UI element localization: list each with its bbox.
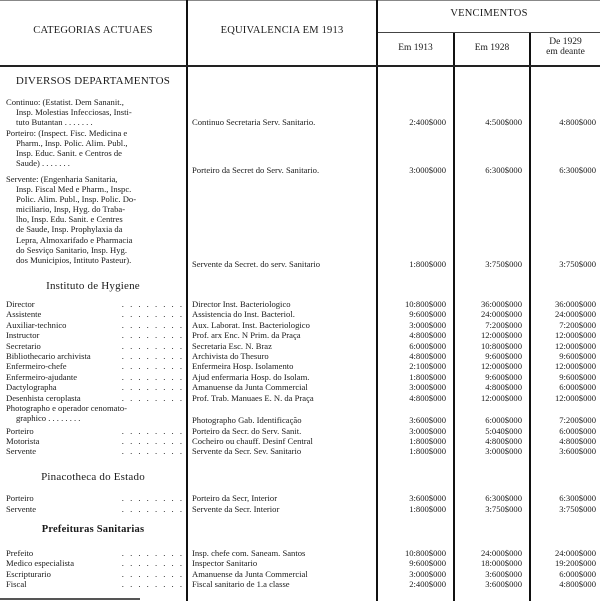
venc-1913: 1:800$000	[380, 436, 446, 446]
categoria-label: Enfermeiro-ajudante	[6, 372, 77, 382]
venc-1913: 2:400$000	[380, 117, 446, 127]
leader-dots: . . . . . . . .	[122, 436, 184, 446]
header-vencimentos: VENCIMENTOS	[378, 8, 600, 19]
categoria-label: Escripturario	[6, 569, 51, 579]
venc-1929: 6:300$000	[532, 493, 596, 503]
equivalencia-item: Fiscal sanitario de 1.a classe	[192, 579, 374, 589]
categoria-label: Assistente	[6, 309, 41, 319]
venc-1913: 1:800$000	[380, 504, 446, 514]
categoria-label: Secretario	[6, 341, 41, 351]
column-divider-3	[453, 32, 455, 601]
equivalencia-item: Photographo Gab. Identificação	[192, 415, 374, 425]
categoria-item: Bibliothecario archivista. . . . . . . .	[6, 351, 184, 361]
section-title-diversos: DIVERSOS DEPARTAMENTOS	[0, 75, 186, 87]
equivalencia-item: Porteiro da Secr, Interior	[192, 493, 374, 503]
leader-dots: . . . . . . . .	[122, 299, 184, 309]
leader-dots: . . . . . . . .	[122, 330, 184, 340]
venc-1928: 18:000$000	[456, 558, 522, 568]
categoria-label: Medico especialista	[6, 558, 74, 568]
venc-1929: 9:600$000	[532, 351, 596, 361]
categoria-label: Dactylographa	[6, 382, 57, 392]
equivalencia-item: Amanuense da Junta Commercial	[192, 569, 374, 579]
venc-1928: 12:000$000	[456, 393, 522, 403]
categoria-item: Photographo e operador cenomato-graphico…	[6, 403, 184, 423]
venc-1913: 4:800$000	[380, 330, 446, 340]
section-title-prefeituras: Prefeituras Sanitarias	[0, 524, 186, 535]
equivalencia-item: Servente da Secr. Sev. Sanitario	[192, 446, 374, 456]
categoria-item: Dactylographa. . . . . . . .	[6, 382, 184, 392]
venc-1929: 3:750$000	[532, 504, 596, 514]
categoria-line: graphico . . . . . . . .	[6, 413, 184, 423]
venc-1913: 3:600$000	[380, 493, 446, 503]
leader-dots: . . . . . . . .	[122, 361, 184, 371]
top-rule	[0, 0, 600, 1]
categoria-item: Secretario. . . . . . . .	[6, 341, 184, 351]
categoria-label: Enfermeiro-chefe	[6, 361, 67, 371]
venc-1928: 7:200$000	[456, 320, 522, 330]
equivalencia-item: Archivista do Thesuro	[192, 351, 374, 361]
venc-1929: 3:750$000	[532, 259, 596, 269]
categoria-item: Assistente. . . . . . . .	[6, 309, 184, 319]
venc-1928: 5:040$000	[456, 426, 522, 436]
venc-1929: 3:600$000	[532, 446, 596, 456]
venc-1929: 19:200$000	[532, 558, 596, 568]
venc-1913: 2:400$000	[380, 579, 446, 589]
equivalencia-item: Assistencia do Inst. Bacteriol.	[192, 309, 374, 319]
venc-1929: 4:800$000	[532, 579, 596, 589]
equivalencia-item: Porteiro da Secr. do Serv. Sanit.	[192, 426, 374, 436]
categoria-item: Enfermeiro-chefe. . . . . . . .	[6, 361, 184, 371]
column-divider-2	[376, 0, 378, 601]
venc-1928: 24:000$000	[456, 309, 522, 319]
venc-1929: 6:000$000	[532, 426, 596, 436]
equivalencia-item: Amanuense da Junta Commercial	[192, 382, 374, 392]
equivalencia-item: Secretaria Esc. N. Braz	[192, 341, 374, 351]
categoria-item: Auxiliar-technico. . . . . . . .	[6, 320, 184, 330]
equivalencia-item: Director Inst. Bacteriologico	[192, 299, 374, 309]
leader-dots: . . . . . . . .	[122, 446, 184, 456]
categoria-item: Medico especialista. . . . . . . .	[6, 558, 184, 568]
section-title-pinacotheca: Pinacotheca do Estado	[0, 471, 186, 483]
header-bottom-rule	[0, 65, 600, 67]
categoria-label: Servente	[6, 446, 36, 456]
equivalencia-item: Inspector Sanitario	[192, 558, 374, 568]
leader-dots: . . . . . . . .	[122, 548, 184, 558]
venc-1928: 12:000$000	[456, 330, 522, 340]
venc-1913: 3:000$000	[380, 426, 446, 436]
equivalencia-porteiro-diversos: Porteiro da Secret do Serv. Sanitario.	[192, 165, 374, 175]
categoria-item: Escripturario. . . . . . . .	[6, 569, 184, 579]
categoria-item: Fiscal. . . . . . . .	[6, 579, 184, 589]
equivalencia-item: Insp. chefe com. Saneam. Santos	[192, 548, 374, 558]
venc-1929: 7:200$000	[532, 320, 596, 330]
venc-1913: 3:600$000	[380, 415, 446, 425]
header-equivalencia: EQUIVALENCIA EM 1913	[188, 25, 376, 36]
categoria-label: Prefeito	[6, 548, 33, 558]
categoria-label: Porteiro	[6, 426, 34, 436]
leader-dots: . . . . . . . .	[122, 558, 184, 568]
leader-dots: . . . . . . . .	[122, 393, 184, 403]
venc-1929: 4:800$000	[532, 436, 596, 446]
leader-dots: . . . . . . . .	[122, 504, 184, 514]
leader-dots: . . . . . . . .	[122, 493, 184, 503]
bottom-rule	[0, 598, 140, 600]
equivalencia-servente-diversos: Servente da Secret. do serv. Sanitario	[192, 259, 374, 269]
leader-dots: . . . . . . . .	[122, 426, 184, 436]
venc-1929: 6:300$000	[532, 165, 596, 175]
leader-dots: . . . . . . . .	[122, 320, 184, 330]
venc-1928: 3:600$000	[456, 579, 522, 589]
venc-1913: 2:100$000	[380, 361, 446, 371]
venc-1913: 3:000$000	[380, 165, 446, 175]
column-divider-4	[529, 32, 531, 601]
venc-1929: 12:000$000	[532, 341, 596, 351]
venc-1928: 3:000$000	[456, 446, 522, 456]
venc-1928: 12:000$000	[456, 361, 522, 371]
venc-1928: 6:300$000	[456, 165, 522, 175]
categoria-line: Photographo e operador cenomato-	[6, 403, 184, 413]
equivalencia-continuo: Continuo Secretaria Serv. Sanitario.	[192, 117, 374, 127]
categoria-servente-diversos: Servente: (Engenharia Sanitaria, Insp. F…	[6, 174, 184, 265]
venc-1913: 9:600$000	[380, 309, 446, 319]
categoria-label: Director	[6, 299, 35, 309]
venc-1928: 9:600$000	[456, 351, 522, 361]
venc-1913: 9:600$000	[380, 558, 446, 568]
categoria-label: Motorista	[6, 436, 39, 446]
venc-1929: 12:000$000	[532, 393, 596, 403]
equivalencia-item: Prof. arx Enc. N Prim. da Praça	[192, 330, 374, 340]
categoria-label: Desenhista ceroplasta	[6, 393, 81, 403]
venc-1928: 4:500$000	[456, 117, 522, 127]
venc-1929: 4:800$000	[532, 117, 596, 127]
leader-dots: . . . . . . . .	[122, 372, 184, 382]
categoria-item: Director. . . . . . . .	[6, 299, 184, 309]
categoria-item: Instructor. . . . . . . .	[6, 330, 184, 340]
venc-1928: 3:600$000	[456, 569, 522, 579]
venc-1928: 36:000$000	[456, 299, 522, 309]
equivalencia-item: Cocheiro ou chauff. Desinf Central	[192, 436, 374, 446]
venc-1928: 10:800$000	[456, 341, 522, 351]
venc-1913: 1:800$000	[380, 446, 446, 456]
categoria-item: Prefeito. . . . . . . .	[6, 548, 184, 558]
venc-1913: 10:800$000	[380, 299, 446, 309]
leader-dots: . . . . . . . .	[122, 341, 184, 351]
leader-dots: . . . . . . . .	[122, 309, 184, 319]
column-divider-1	[186, 0, 188, 601]
categoria-label: Fiscal	[6, 579, 27, 589]
categoria-label: Auxiliar-technico	[6, 320, 66, 330]
venc-1928: 24:000$000	[456, 548, 522, 558]
section-title-instituto-hygiene: Instituto de Hygiene	[0, 280, 186, 292]
equivalencia-item: Aux. Laborat. Inst. Bacteriologico	[192, 320, 374, 330]
header-em1913: Em 1913	[378, 43, 453, 53]
venc-1928: 3:750$000	[456, 259, 522, 269]
vencimentos-underline	[378, 32, 600, 33]
venc-1928: 4:800$000	[456, 382, 522, 392]
venc-1929: 7:200$000	[532, 415, 596, 425]
venc-1929: 36:000$000	[532, 299, 596, 309]
venc-1913: 10:800$000	[380, 548, 446, 558]
venc-1913: 6:000$000	[380, 341, 446, 351]
categoria-porteiro-diversos: Porteiro: (Inspect. Fisc. Medicina e Pha…	[6, 128, 184, 168]
header-de1929: De 1929 em deante	[531, 37, 600, 57]
venc-1913: 3:000$000	[380, 382, 446, 392]
salary-table-page: CATEGORIAS ACTUAES EQUIVALENCIA EM 1913 …	[0, 0, 600, 601]
venc-1929: 12:000$000	[532, 361, 596, 371]
header-categorias: CATEGORIAS ACTUAES	[0, 25, 186, 36]
leader-dots: . . . . . . . .	[122, 569, 184, 579]
venc-1929: 6:000$000	[532, 382, 596, 392]
categoria-label: Servente	[6, 504, 36, 514]
equivalencia-item: Enfermeira Hosp. Isolamento	[192, 361, 374, 371]
categoria-item: Desenhista ceroplasta. . . . . . . .	[6, 393, 184, 403]
leader-dots: . . . . . . . .	[122, 579, 184, 589]
categoria-continuo: Continuo: (Estatist. Dem Sananit., Insp.…	[6, 97, 184, 127]
categoria-label: Bibliothecario archivista	[6, 351, 91, 361]
venc-1913: 1:800$000	[380, 372, 446, 382]
header-em1928: Em 1928	[455, 43, 529, 53]
venc-1929: 9:600$000	[532, 372, 596, 382]
header-de1929-line1: De 1929	[549, 37, 581, 47]
categoria-item: Enfermeiro-ajudante. . . . . . . .	[6, 372, 184, 382]
categoria-item: Porteiro. . . . . . . .	[6, 426, 184, 436]
venc-1913: 3:000$000	[380, 569, 446, 579]
categoria-item: Servente. . . . . . . .	[6, 446, 184, 456]
venc-1929: 24:000$000	[532, 548, 596, 558]
leader-dots: . . . . . . . .	[122, 351, 184, 361]
leader-dots: . . . . . . . .	[122, 382, 184, 392]
venc-1913: 1:800$000	[380, 259, 446, 269]
equivalencia-item: Ajud enfermaria Hosp. do Isolam.	[192, 372, 374, 382]
venc-1928: 6:300$000	[456, 493, 522, 503]
categoria-item: Servente. . . . . . . .	[6, 504, 184, 514]
venc-1928: 4:800$000	[456, 436, 522, 446]
equivalencia-item: Servente da Secr. Interior	[192, 504, 374, 514]
venc-1913: 3:000$000	[380, 320, 446, 330]
categoria-item: Porteiro. . . . . . . .	[6, 493, 184, 503]
categoria-label: Porteiro	[6, 493, 34, 503]
equivalencia-item: Prof. Trab. Manuaes E. N. da Praça	[192, 393, 374, 403]
header-de1929-line2: em deante	[546, 47, 585, 57]
categoria-label: Instructor	[6, 330, 39, 340]
venc-1929: 6:000$000	[532, 569, 596, 579]
venc-1928: 3:750$000	[456, 504, 522, 514]
venc-1928: 9:600$000	[456, 372, 522, 382]
venc-1929: 24:000$000	[532, 309, 596, 319]
venc-1913: 4:800$000	[380, 351, 446, 361]
venc-1913: 4:800$000	[380, 393, 446, 403]
venc-1928: 6:000$000	[456, 415, 522, 425]
venc-1929: 12:000$000	[532, 330, 596, 340]
categoria-item: Motorista. . . . . . . .	[6, 436, 184, 446]
